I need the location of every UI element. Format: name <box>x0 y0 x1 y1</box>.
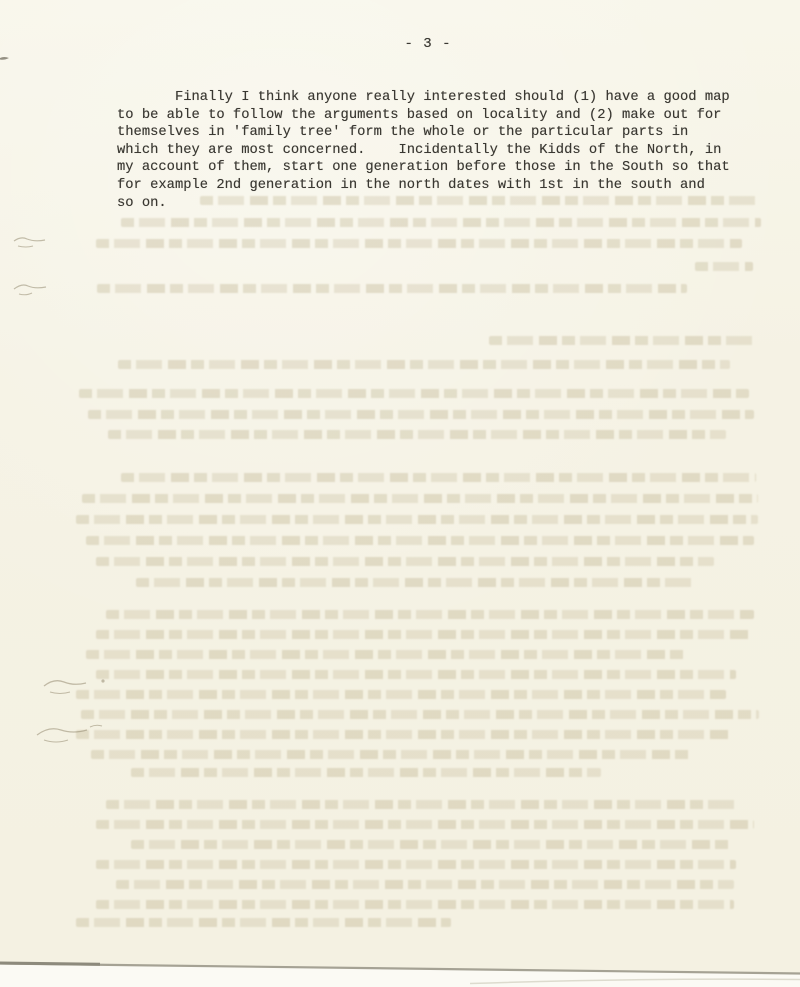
pencil-mark <box>13 279 51 299</box>
paragraph-line: Finally I think anyone really interested… <box>117 89 777 107</box>
ghost-text-line <box>106 800 736 809</box>
paragraph-line: my account of them, start one generation… <box>117 159 777 177</box>
ghost-text-line <box>76 918 451 927</box>
ghost-text-line <box>131 840 729 849</box>
ghost-text-line <box>79 389 749 398</box>
ghost-text-line <box>96 630 751 639</box>
ghost-text-line <box>96 239 742 248</box>
pencil-mark <box>0 54 12 64</box>
ghost-text-line <box>88 410 754 419</box>
ghost-text-line <box>96 670 736 679</box>
ghost-text-line <box>86 536 754 545</box>
document-page: - 3 - Finally I think anyone really inte… <box>0 0 800 987</box>
body-paragraph: Finally I think anyone really interested… <box>117 89 777 212</box>
pencil-mark <box>13 232 51 252</box>
page-bottom-edge <box>0 942 800 987</box>
ghost-text-line <box>91 750 691 759</box>
ghost-text-line <box>96 860 736 869</box>
paragraph-line: themselves in 'family tree' form the who… <box>117 124 777 142</box>
ghost-text-line <box>76 730 731 739</box>
ghost-text-line <box>96 557 714 566</box>
ghost-text-line <box>96 900 734 909</box>
ghost-text-line <box>76 515 758 524</box>
ghost-text-line <box>82 494 758 503</box>
paragraph-line: for example 2nd generation in the north … <box>117 177 777 195</box>
ghost-text-line <box>96 820 754 829</box>
page-number: - 3 - <box>117 36 739 52</box>
ghost-text-line <box>108 430 726 439</box>
pencil-mark <box>34 719 112 747</box>
ghost-text-line <box>489 336 757 345</box>
ghost-text-line <box>121 218 761 227</box>
ghost-text-line <box>76 690 726 699</box>
paragraph-line: which they are most concerned. Incidenta… <box>117 142 777 160</box>
ghost-text-line <box>86 650 686 659</box>
ghost-text-line <box>695 262 753 271</box>
paragraph-line: so on. <box>117 195 777 213</box>
paragraph-line: to be able to follow the arguments based… <box>117 107 777 125</box>
ghost-text-line <box>97 284 687 293</box>
ghost-text-line <box>121 473 756 482</box>
pencil-mark <box>40 672 112 700</box>
ghost-text-line <box>131 768 601 777</box>
ghost-text-line <box>136 578 692 587</box>
ghost-text-line <box>118 360 730 369</box>
ghost-text-line <box>106 610 754 619</box>
ghost-text-line <box>116 880 734 889</box>
ghost-text-line <box>81 710 759 719</box>
